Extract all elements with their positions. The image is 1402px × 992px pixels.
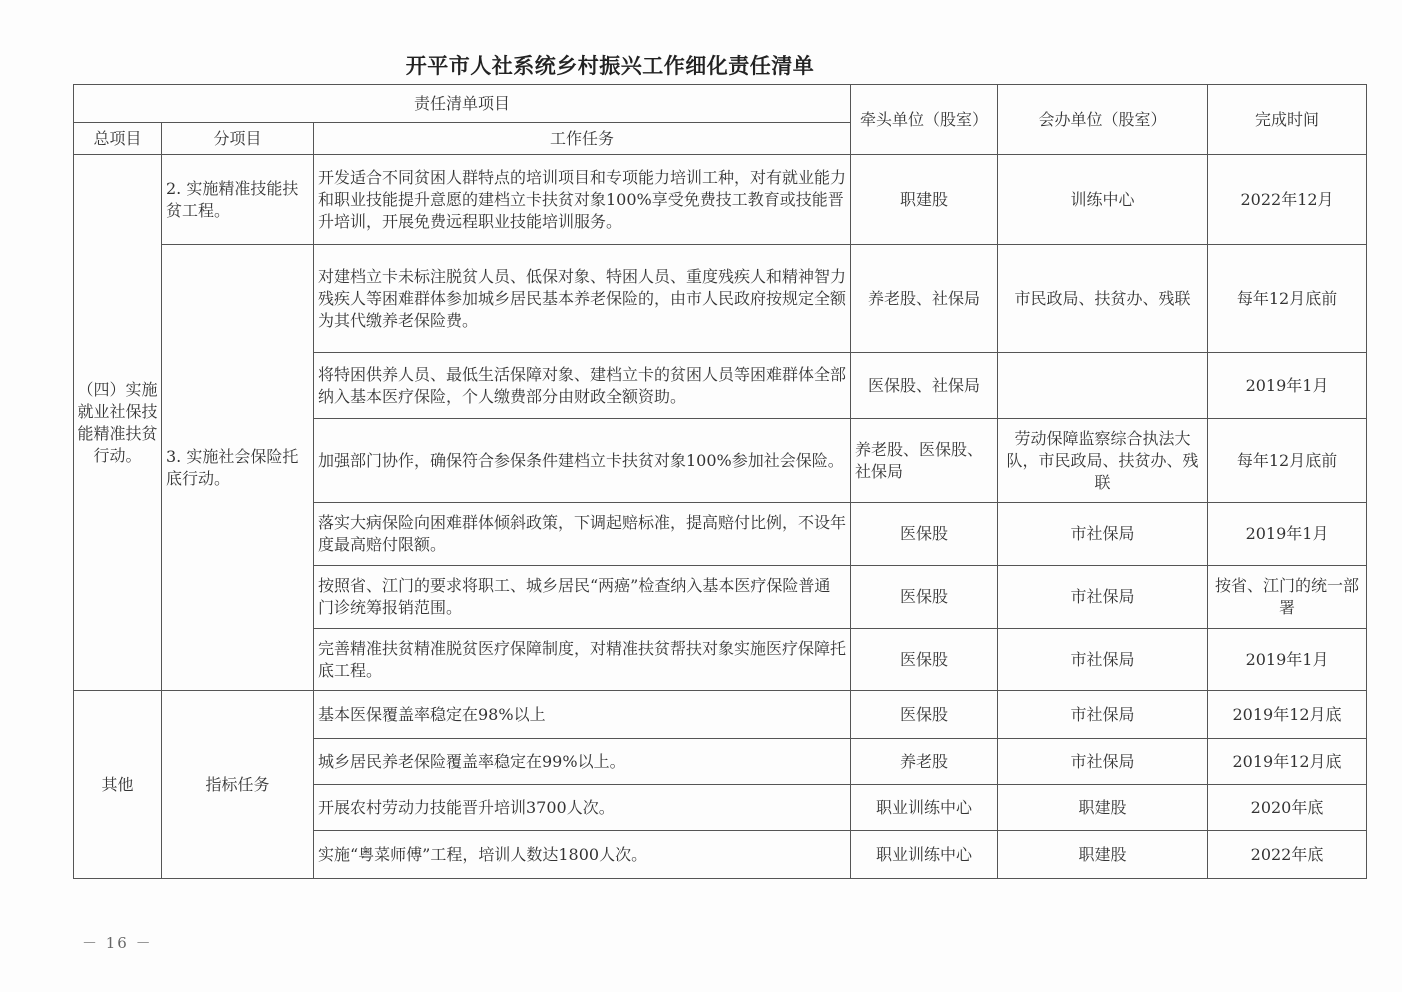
co-unit-cell: 训练中心 — [998, 155, 1208, 245]
header-group: 责任清单项目 — [74, 85, 851, 123]
lead-unit-cell: 医保股 — [851, 629, 998, 691]
page-number: － 16 － — [82, 932, 153, 953]
lead-unit-cell: 养老股 — [851, 739, 998, 785]
task-cell: 将特困供养人员、最低生活保障对象、建档立卡的贫困人员等困难群体全部纳入基本医疗保… — [314, 353, 851, 419]
lead-unit-cell: 职业训练中心 — [851, 831, 998, 879]
header-main-item: 总项目 — [74, 123, 162, 155]
co-unit-cell: 劳动保障监察综合执法大队，市民政局、扶贫办、残联 — [998, 419, 1208, 503]
main-item-cell: （四）实施就业社保技能精准扶贫行动。 — [74, 155, 162, 691]
deadline-cell: 2020年底 — [1208, 785, 1367, 831]
deadline-cell: 每年12月底前 — [1208, 419, 1367, 503]
lead-unit-cell: 职建股 — [851, 155, 998, 245]
co-unit-cell: 市社保局 — [998, 629, 1208, 691]
deadline-cell: 2022年底 — [1208, 831, 1367, 879]
task-cell: 对建档立卡未标注脱贫人员、低保对象、特困人员、重度残疾人和精神智力残疾人等困难群… — [314, 245, 851, 353]
task-cell: 按照省、江门的要求将职工、城乡居民“两癌”检查纳入基本医疗保险普通门诊统筹报销范… — [314, 566, 851, 629]
task-cell: 落实大病保险向困难群体倾斜政策，下调起赔标准，提高赔付比例，不设年度最高赔付限额… — [314, 503, 851, 566]
deadline-cell: 按省、江门的统一部署 — [1208, 566, 1367, 629]
header-task: 工作任务 — [314, 123, 851, 155]
task-cell: 基本医保覆盖率稳定在98%以上 — [314, 691, 851, 739]
table-row: 其他 指标任务 基本医保覆盖率稳定在98%以上 医保股 市社保局 2019年12… — [74, 691, 1367, 739]
co-unit-cell: 职建股 — [998, 831, 1208, 879]
deadline-cell: 每年12月底前 — [1208, 245, 1367, 353]
lead-unit-cell: 养老股、医保股、社保局 — [851, 419, 998, 503]
main-item-cell: 其他 — [74, 691, 162, 879]
deadline-cell: 2019年12月底 — [1208, 691, 1367, 739]
task-cell: 完善精准扶贫精准脱贫医疗保障制度，对精准扶贫帮扶对象实施医疗保障托底工程。 — [314, 629, 851, 691]
lead-unit-cell: 医保股 — [851, 503, 998, 566]
co-unit-cell: 市社保局 — [998, 503, 1208, 566]
task-cell: 加强部门协作，确保符合参保条件建档立卡扶贫对象100%参加社会保险。 — [314, 419, 851, 503]
lead-unit-cell: 职业训练中心 — [851, 785, 998, 831]
deadline-cell: 2019年1月 — [1208, 353, 1367, 419]
deadline-cell: 2019年12月底 — [1208, 739, 1367, 785]
deadline-cell: 2022年12月 — [1208, 155, 1367, 245]
table-row: 3. 实施社会保险托底行动。 对建档立卡未标注脱贫人员、低保对象、特困人员、重度… — [74, 245, 1367, 353]
responsibility-table: 责任清单项目 牵头单位（股室） 会办单位（股室） 完成时间 总项目 分项目 工作… — [73, 84, 1367, 879]
lead-unit-cell: 医保股、社保局 — [851, 353, 998, 419]
sub-item-cell: 指标任务 — [162, 691, 314, 879]
deadline-cell: 2019年1月 — [1208, 629, 1367, 691]
lead-unit-cell: 养老股、社保局 — [851, 245, 998, 353]
co-unit-cell: 市社保局 — [998, 566, 1208, 629]
co-unit-cell — [998, 353, 1208, 419]
header-lead-unit: 牵头单位（股室） — [851, 85, 998, 155]
header-deadline: 完成时间 — [1208, 85, 1367, 155]
co-unit-cell: 职建股 — [998, 785, 1208, 831]
header-sub-item: 分项目 — [162, 123, 314, 155]
deadline-cell: 2019年1月 — [1208, 503, 1367, 566]
task-cell: 实施“粤菜师傅”工程，培训人数达1800人次。 — [314, 831, 851, 879]
task-cell: 开发适合不同贫困人群特点的培训项目和专项能力培训工种，对有就业能力和职业技能提升… — [314, 155, 851, 245]
co-unit-cell: 市社保局 — [998, 739, 1208, 785]
task-cell: 城乡居民养老保险覆盖率稳定在99%以上。 — [314, 739, 851, 785]
sub-item-cell: 2. 实施精准技能扶贫工程。 — [162, 155, 314, 245]
table-row: （四）实施就业社保技能精准扶贫行动。 2. 实施精准技能扶贫工程。 开发适合不同… — [74, 155, 1367, 245]
sub-item-cell: 3. 实施社会保险托底行动。 — [162, 245, 314, 691]
lead-unit-cell: 医保股 — [851, 566, 998, 629]
header-co-unit: 会办单位（股室） — [998, 85, 1208, 155]
co-unit-cell: 市社保局 — [998, 691, 1208, 739]
co-unit-cell: 市民政局、扶贫办、残联 — [998, 245, 1208, 353]
document-title: 开平市人社系统乡村振兴工作细化责任清单 — [0, 50, 1220, 80]
task-cell: 开展农村劳动力技能晋升培训3700人次。 — [314, 785, 851, 831]
lead-unit-cell: 医保股 — [851, 691, 998, 739]
